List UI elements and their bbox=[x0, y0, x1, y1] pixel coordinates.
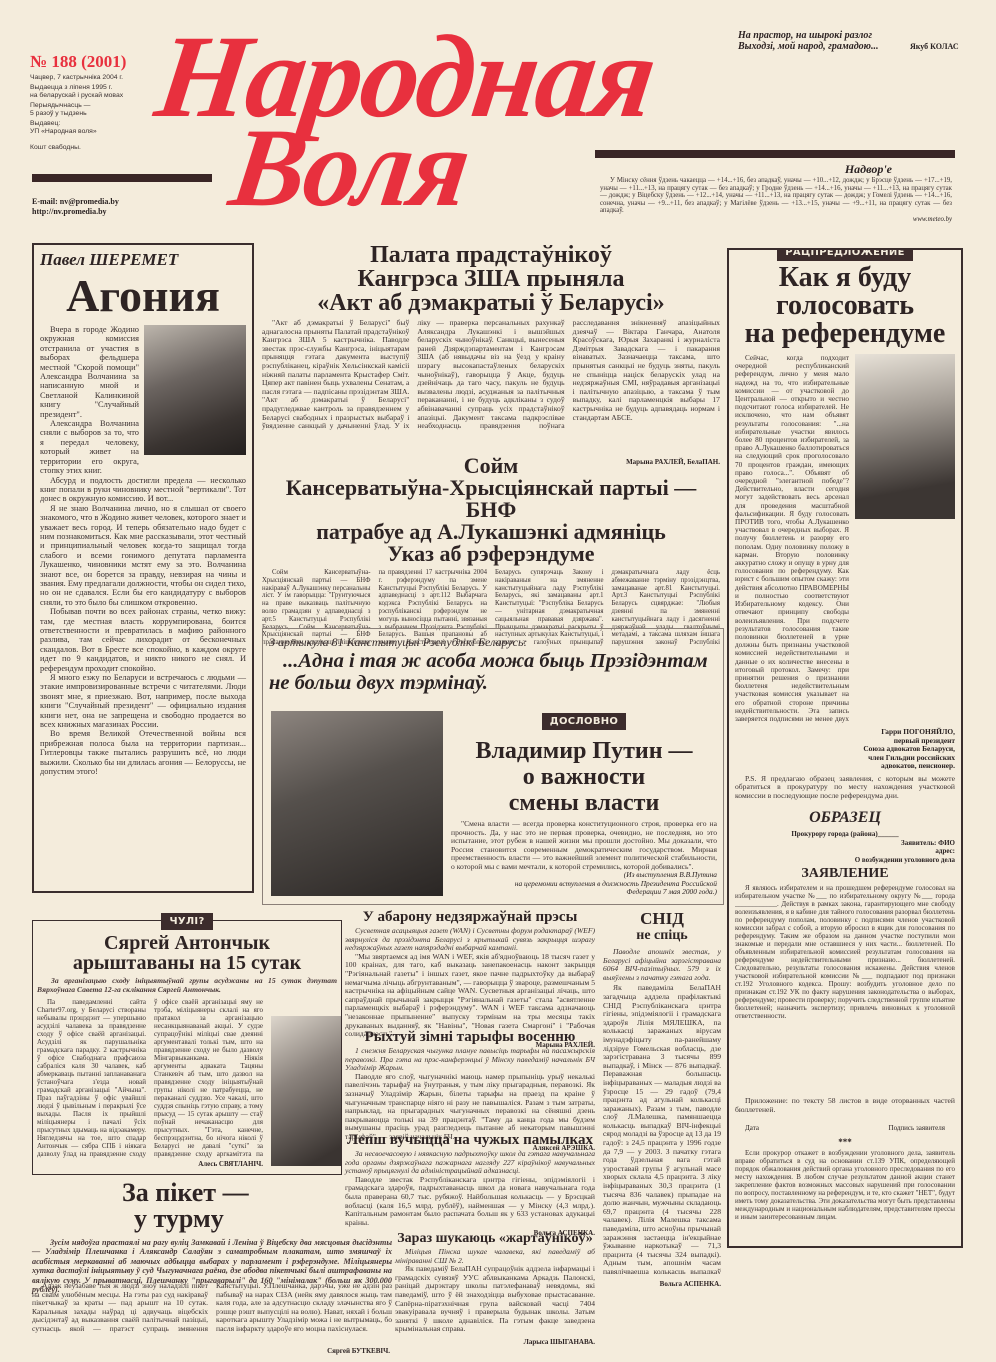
agonia-p7: Побывав почти во всех районах страны, че… bbox=[40, 607, 246, 673]
picket-body: Адзак неўзабаве тыя ж людзі зноў наладзі… bbox=[32, 1282, 392, 1342]
jokers-body: Як паведаміў БелаПАН супрацоўнік аддзела… bbox=[395, 1265, 595, 1334]
picket-title: За пікет — у турму bbox=[122, 1180, 342, 1232]
statement-title: ЗАЯВЛЕНИЕ bbox=[735, 867, 955, 881]
press-title: У абарону недзяржаўнай прэсы bbox=[345, 910, 595, 925]
picket-byline: Сяргей БУТКЕВІЧ. bbox=[220, 1347, 390, 1355]
aids-title-line2: не спіць bbox=[603, 927, 721, 944]
mistakes-body: Паводле звестак Рэспубліканскага цэнтра … bbox=[345, 1176, 595, 1228]
article-press: У абарону недзяржаўнай прэсы Сусветная а… bbox=[345, 910, 595, 1049]
putin-source-line3: Федерации 7 мая 2000 года.) bbox=[451, 888, 717, 897]
sign-title4: адвокатов, пенсионер. bbox=[735, 762, 955, 771]
article-mistakes: Лепш вучыцца на чужых памылках За несвое… bbox=[345, 1133, 595, 1237]
quote81-box: З артыкула 81 Канстытуцыі Рэспублікі Бел… bbox=[262, 628, 724, 905]
aids-body: Як паведаміла БелаПАН загадчыца аддзела … bbox=[603, 984, 721, 1274]
publisher-label: Выдавец: bbox=[30, 120, 160, 128]
epigraph-line1: На прастор, на шырокі разлог bbox=[738, 30, 878, 41]
site-link[interactable]: http://nv.promedia.by bbox=[32, 207, 119, 217]
languages: на беларускай і рускай мовах bbox=[30, 92, 160, 100]
mistakes-lead: За несвоечасовую і няякасную падрыхтоўку… bbox=[345, 1150, 595, 1176]
pogonyailo-photo bbox=[855, 354, 955, 519]
aids-title-line1: СНІД bbox=[603, 910, 721, 927]
agonia-author: Павел ШЕРЕМЕТ bbox=[40, 250, 246, 270]
sheremet-photo bbox=[144, 325, 246, 455]
mistakes-title: Лепш вучыцца на чужых памылках bbox=[345, 1133, 595, 1148]
congress-body: "Акт аб дэмакратыі ў Беларусі" быў аднаг… bbox=[262, 319, 720, 454]
epigraph: На прастор, на шырокі разлог Выходзі, мо… bbox=[738, 30, 878, 52]
agonia-p4: Я не знаю Волчанина лично, но я слышал о… bbox=[40, 504, 246, 607]
press-body: "Мы звяртаемся ад імя WAN і WEF, якія аб… bbox=[345, 953, 595, 1039]
epigraph-line2: Выходзі, мой народ, грамадою... bbox=[738, 41, 878, 52]
antonchyk-photo bbox=[271, 1016, 341, 1166]
article-referendum: РАЦПРЕДЛОЖЕНИЕ Как я буду голосовать на … bbox=[727, 248, 963, 1248]
signature-label: Подпись заявителя bbox=[889, 1124, 945, 1132]
picket-title-line2: у турму bbox=[134, 1206, 342, 1232]
putin-source: (Из выступления В.В.Путина на церемонии … bbox=[451, 871, 717, 897]
issue-date: Чацвер, 7 кастрычніка 2004 г. bbox=[30, 74, 160, 82]
soim-title-line2: Кансерватыўна-Хрысціянскай партыі — БНФ bbox=[262, 477, 720, 521]
putin-title-line1: Владимир Путин — bbox=[451, 738, 717, 764]
frequency-label: Перыядычнасць — bbox=[30, 102, 160, 110]
referendum-ps: P.S. Я предлагаю образец заявления, с ко… bbox=[735, 775, 955, 801]
epigraph-author: Якуб КОЛАС bbox=[910, 42, 959, 51]
article-jokers: Зараз шукаюць «жартаўнікоў» Міліцыя Пінс… bbox=[395, 1232, 595, 1346]
antonchyk-lead: За арганізацыю сходу ініцыятыўнай групы … bbox=[37, 977, 337, 994]
article-soim: Сойм Кансерватыўна-Хрысціянскай партыі —… bbox=[262, 455, 720, 651]
referendum-title-line1: Как я буду bbox=[735, 264, 955, 292]
publisher: УП «Народная воля» bbox=[30, 128, 160, 136]
jokers-lead: Міліцыя Пінска шукае чалавека, які павед… bbox=[395, 1248, 595, 1265]
press-lead: Сусветная асацыяцыя газет (WAN) і Сусвет… bbox=[345, 927, 595, 953]
article-agonia: Павел ШЕРЕМЕТ Агония Вчера в городе Жоди… bbox=[32, 243, 254, 893]
article-antonchyk: ЧУЛІ? Сяргей Антончык арыштаваны на 15 с… bbox=[32, 920, 342, 1175]
quote81-line1: ...Адна і тая ж асоба можа быць Прэзідэн… bbox=[283, 650, 717, 672]
putin-title-line3: смены власти bbox=[451, 790, 717, 816]
jokers-title: Зараз шукаюць «жартаўнікоў» bbox=[395, 1232, 595, 1246]
article-picket: За пікет — у турму bbox=[32, 1180, 342, 1232]
aids-byline: Вольга АСПЕНКА. bbox=[603, 1280, 721, 1288]
since: Выдаецца з ліпеня 1995 г. bbox=[30, 84, 160, 92]
sample-from: Заявитель: ФИО bbox=[735, 839, 955, 848]
masthead-bar-left bbox=[32, 174, 212, 182]
agonia-p3: Абсурд и подлость достигли предела — нес… bbox=[40, 476, 246, 504]
soim-title-line4: Указ аб рэферэндуме bbox=[262, 543, 720, 565]
picket-title-line1: За пікет — bbox=[122, 1180, 342, 1206]
sample-header: Прокурору города (района)______ Заявител… bbox=[735, 830, 955, 864]
aids-lead: Паводле апошніх звестак, у Беларусі афіц… bbox=[603, 948, 721, 982]
antonchyk-body: Па паведамленні сайта Charter97.org, у Б… bbox=[37, 998, 263, 1158]
agonia-p5: Я много езжу по Беларуси и встречаюсь с … bbox=[40, 673, 246, 729]
sample-subject: О возбуждении уголовного дела bbox=[735, 856, 955, 865]
tariffs-title: Рыхтуй зімні тарыфы восенню bbox=[345, 1030, 595, 1045]
masthead-bar-right bbox=[595, 150, 955, 158]
referendum-kicker: РАЦПРЕДЛОЖЕНИЕ bbox=[777, 248, 912, 261]
antonchyk-title-line1: Сяргей Антончык bbox=[37, 933, 337, 953]
weather-box: Надвор'е У Мінску сёння ўдзень чакаецца … bbox=[600, 162, 952, 223]
congress-title-line3: «Акт аб дэмакратыі ў Беларусі» bbox=[262, 291, 720, 315]
putin-photo bbox=[271, 711, 443, 896]
email-link[interactable]: E-mail: nv@promedia.by bbox=[32, 197, 119, 207]
soim-title-line1: Сойм bbox=[262, 455, 720, 477]
statement-body: Я являюсь избирателем и на прошедшем реф… bbox=[735, 884, 955, 1094]
sample-title: ОБРАЗЕЦ bbox=[735, 810, 955, 826]
date-label: Дата bbox=[745, 1124, 759, 1132]
referendum-title: Как я буду голосовать на референдуме bbox=[735, 264, 955, 348]
antonchyk-byline: Алесь СВЯТЛАНІЧ. bbox=[198, 1160, 263, 1168]
referendum-title-line2: голосовать bbox=[735, 292, 955, 320]
frequency-value: 5 разоў у тыдзень bbox=[30, 110, 160, 118]
sample-addr: адрес: bbox=[735, 847, 955, 856]
article-congress: Палата прадстаўнікоў Кангрэса ЗША прынял… bbox=[262, 243, 720, 466]
referendum-title-line3: на референдуме bbox=[735, 320, 955, 348]
referendum-body: Сейчас, когда подходит очередной республ… bbox=[735, 354, 849, 724]
putin-kicker: ДОСЛОВНО bbox=[542, 713, 626, 730]
tariffs-lead: 1 снежня Беларуская чыгунка плануе павыс… bbox=[345, 1047, 595, 1073]
agonia-title: Агония bbox=[40, 273, 246, 319]
soim-title: Сойм Кансерватыўна-Хрысціянскай партыі —… bbox=[262, 455, 720, 565]
weather-text: У Мінску сёння ўдзень чакаецца — +14...+… bbox=[600, 177, 952, 215]
congress-title-line1: Палата прадстаўнікоў bbox=[262, 243, 720, 267]
logo-line2: Воля bbox=[224, 112, 475, 224]
congress-title: Палата прадстаўнікоў Кангрэса ЗША прынял… bbox=[262, 243, 720, 315]
antonchyk-title-line2: арыштаваны на 15 сутак bbox=[37, 953, 337, 973]
quote81-intro: З артыкула 81 Канстытуцыі Рэспублікі Бел… bbox=[269, 635, 717, 650]
putin-quote: "Смена власти — всегда проверка конститу… bbox=[451, 820, 717, 872]
putin-title: Владимир Путин — о важности смены власти bbox=[451, 738, 717, 816]
jokers-byline: Ларыса ШЫГАНАВА. bbox=[395, 1338, 595, 1346]
sample-to: Прокурору города (района)______ bbox=[735, 830, 955, 839]
weather-source: www.meteo.by bbox=[600, 216, 952, 223]
antonchyk-title: Сяргей Антончык арыштаваны на 15 сутак bbox=[37, 933, 337, 973]
issue-number: № 188 (2001) bbox=[30, 52, 160, 72]
agonia-p8: Во время Великой Отечественной войны вся… bbox=[40, 729, 246, 776]
quote81-line2: не больш двух тэрмінаў. bbox=[269, 672, 717, 694]
soim-title-line3: патрабуе ад А.Лукашэнкі адмяніць bbox=[262, 521, 720, 543]
referendum-closing: Если прокурор откажет в возбуждении угол… bbox=[735, 1149, 955, 1221]
putin-title-line2: о важности bbox=[451, 764, 717, 790]
aids-title: СНІД не спіць bbox=[603, 910, 721, 944]
article-aids: СНІД не спіць Паводле апошніх звестак, у… bbox=[603, 910, 721, 1288]
price: Кошт свабодны. bbox=[30, 144, 160, 152]
weather-title: Надвор'е bbox=[600, 162, 892, 177]
statement-attach: Приложение: по тексту 58 листов в виде о… bbox=[735, 1097, 955, 1114]
antonchyk-kicker: ЧУЛІ? bbox=[161, 913, 212, 930]
contacts: E-mail: nv@promedia.by http://nv.promedi… bbox=[32, 197, 119, 217]
masthead-info: № 188 (2001) Чацвер, 7 кастрычніка 2004 … bbox=[30, 52, 160, 152]
congress-title-line2: Кангрэса ЗША прыняла bbox=[262, 267, 720, 291]
sign-row: Дата Подпись заявителя bbox=[735, 1124, 955, 1132]
referendum-signature: Гарри ПОГОНЯЙЛО, первый президент Союза … bbox=[735, 728, 955, 771]
stars: *** bbox=[735, 1138, 955, 1147]
